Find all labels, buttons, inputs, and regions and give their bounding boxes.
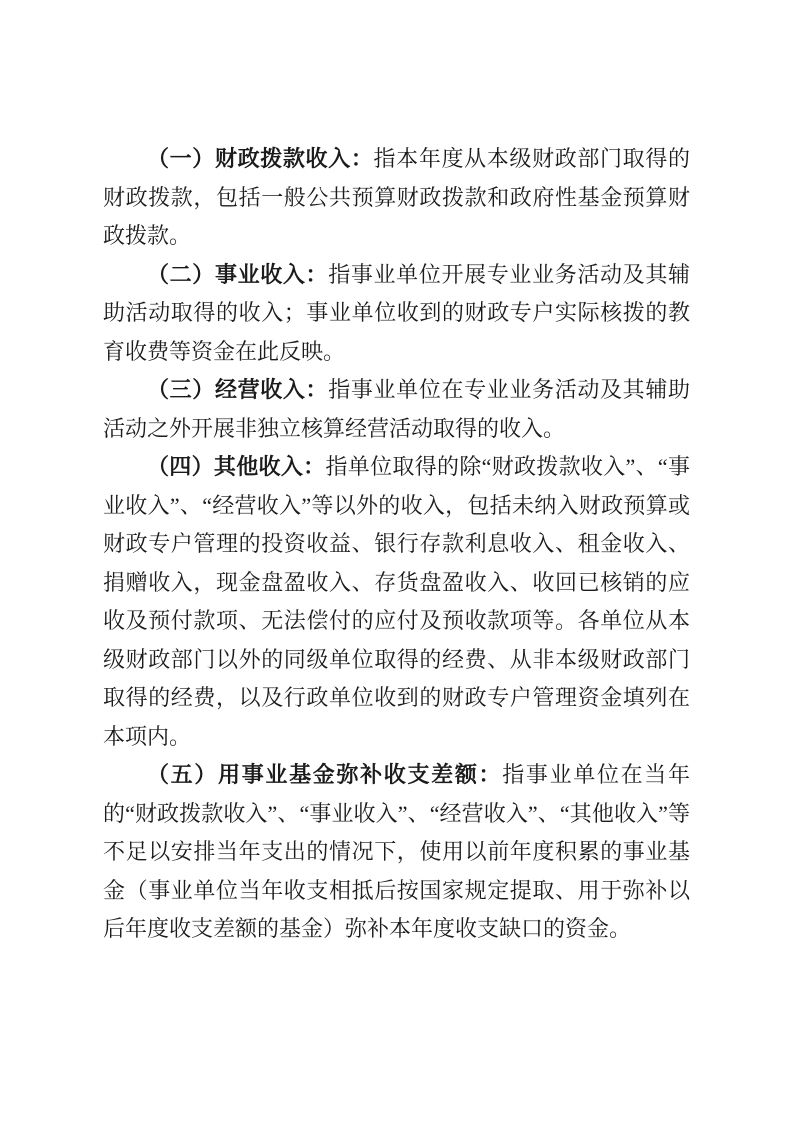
paragraph-label: （三）经营收入： (147, 377, 328, 402)
paragraph-text: 指单位取得的除“财政拨款收入”、“事业收入”、“经营收入”等以外的收入，包括未纳… (103, 454, 690, 749)
paragraph-text: 指事业单位在当年的“财政拨款收入”、“事业收入”、“经营收入”、“其他收入”等不… (103, 762, 690, 941)
paragraph-label: （四）其他收入： (147, 454, 325, 479)
paragraph-label: （二）事业收入： (147, 262, 328, 287)
document-page: （一）财政拨款收入：指本年度从本级财政部门取得的财政拨款，包括一般公共预算财政拨… (0, 0, 793, 1122)
paragraph-fiscal-appropriation-income: （一）财政拨款收入：指本年度从本级财政部门取得的财政拨款，包括一般公共预算财政拨… (103, 140, 690, 256)
paragraph-other-income: （四）其他收入：指单位取得的除“财政拨款收入”、“事业收入”、“经营收入”等以外… (103, 448, 690, 756)
paragraph-commercial-income: （三）经营收入：指事业单位在专业业务活动及其辅助活动之外开展非独立核算经营活动取… (103, 371, 690, 448)
paragraph-operating-business-income: （二）事业收入：指事业单位开展专业业务活动及其辅助活动取得的收入；事业单位收到的… (103, 256, 690, 372)
document-body: （一）财政拨款收入：指本年度从本级财政部门取得的财政拨款，包括一般公共预算财政拨… (103, 140, 690, 949)
paragraph-fund-deficit-coverage: （五）用事业基金弥补收支差额：指事业单位在当年的“财政拨款收入”、“事业收入”、… (103, 756, 690, 949)
paragraph-label: （一）财政拨款收入： (147, 146, 374, 171)
paragraph-label: （五）用事业基金弥补收支差额： (147, 762, 502, 787)
